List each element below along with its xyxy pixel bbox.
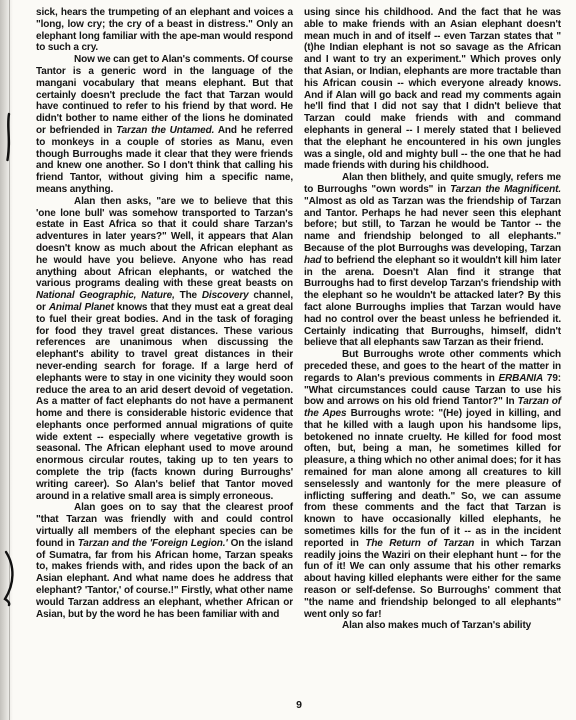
text-run: knows that they must eat a great deal to… [36, 302, 293, 502]
paragraph: Alan then asks, "are we to believe that … [36, 196, 293, 503]
paragraph: sick, hears the trumpeting of an elephan… [36, 7, 293, 54]
paragraph: Alan then blithely, and quite smugly, re… [304, 172, 561, 349]
italic-title-text: Tarzan and the 'Foreign Legion.' [78, 538, 228, 549]
text-run: Burroughs wrote: "(He) joyed in killing,… [304, 408, 561, 549]
right-column: using since his childhood. And the fact … [304, 7, 561, 632]
text-run: Alan also makes much of Tarzan's ability [342, 620, 531, 631]
italic-title-text: ERBANIA [498, 373, 543, 384]
text-run: Now we can get to Alan's comments. Of co… [36, 54, 293, 136]
text-run: using since his childhood. And the fact … [304, 7, 561, 171]
paragraph: Now we can get to Alan's comments. Of co… [36, 54, 293, 196]
text-run: The [175, 290, 202, 301]
italic-title-text: Tarzan the Untamed. [116, 125, 214, 136]
scanned-document-page: { "document": { "columns": [ { "name": "… [0, 0, 576, 720]
italic-title-text: Discovery [202, 290, 249, 301]
italic-title-text: had [304, 255, 321, 266]
text-run: "Almost as old as Tarzan was the friends… [304, 196, 561, 254]
paragraph: using since his childhood. And the fact … [304, 7, 561, 172]
text-run: to befriend the elephant so it wouldn't … [304, 255, 561, 349]
italic-title-text: Animal Planet [49, 302, 114, 313]
italic-title-text: The Return of Tarzan [365, 538, 474, 549]
text-run: On the island of Sumatra, far from his A… [36, 538, 293, 620]
left-column: sick, hears the trumpeting of an elephan… [36, 7, 293, 632]
italic-title-text: National Geographic, Nature, [36, 290, 175, 301]
paragraph: But Burroughs wrote other comments which… [304, 349, 561, 620]
page-number: 9 [36, 699, 562, 711]
text-run: sick, hears the trumpeting of an elephan… [36, 7, 293, 53]
italic-title-text: Tarzan the Magnificent. [450, 184, 561, 195]
paragraph: Alan also makes much of Tarzan's ability [304, 620, 561, 632]
document-page: sick, hears the trumpeting of an elephan… [0, 0, 576, 720]
paragraph: Alan goes on to say that the clearest pr… [36, 502, 293, 620]
two-column-text-block: sick, hears the trumpeting of an elephan… [36, 7, 562, 632]
text-run: in which Tarzan readily joins the Waziri… [304, 538, 561, 620]
text-run: Alan then asks, "are we to believe that … [36, 196, 293, 290]
